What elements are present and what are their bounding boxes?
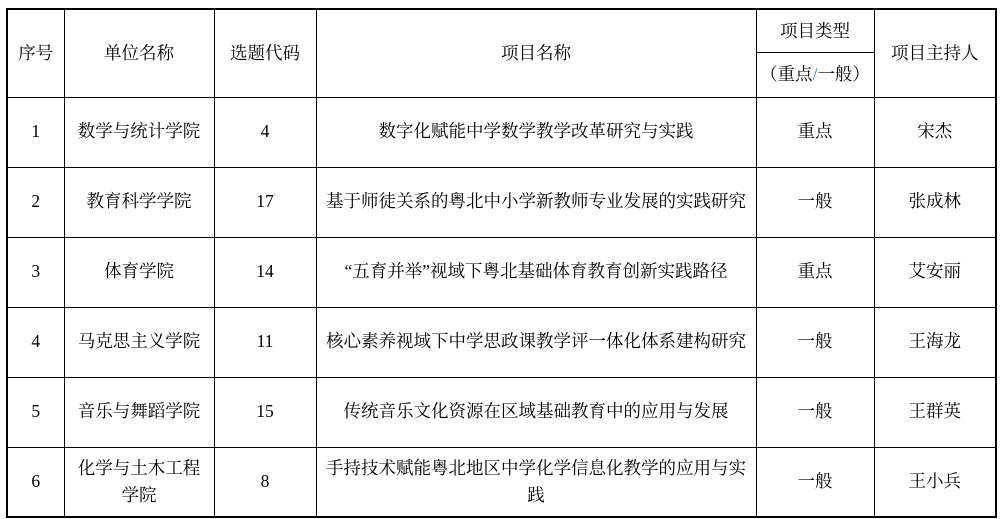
cell-type: 一般 bbox=[756, 377, 874, 447]
projects-table: 序号 单位名称 选题代码 项目名称 项目类型 （重点/一般） 项目主持人 1 数… bbox=[6, 8, 997, 518]
col-header-leader: 项目主持人 bbox=[874, 9, 996, 97]
type-header-split: 项目类型 （重点/一般） bbox=[757, 10, 874, 96]
cell-index: 6 bbox=[7, 447, 64, 517]
col-header-type: 项目类型 （重点/一般） bbox=[756, 9, 874, 97]
cell-type: 一般 bbox=[756, 167, 874, 237]
cell-unit: 教育科学学院 bbox=[64, 167, 214, 237]
cell-unit: 化学与土木工程学院 bbox=[64, 447, 214, 517]
cell-type: 重点 bbox=[756, 237, 874, 307]
cell-index: 1 bbox=[7, 97, 64, 167]
cell-leader: 王群英 bbox=[874, 377, 996, 447]
cell-code: 17 bbox=[214, 167, 316, 237]
cell-index: 2 bbox=[7, 167, 64, 237]
cell-project-name: 传统音乐文化资源在区域基础教育中的应用与发展 bbox=[316, 377, 756, 447]
cell-index: 3 bbox=[7, 237, 64, 307]
cell-index: 4 bbox=[7, 307, 64, 377]
type-header-line2: （重点/一般） bbox=[757, 53, 874, 96]
cell-type: 一般 bbox=[756, 307, 874, 377]
cell-code: 4 bbox=[214, 97, 316, 167]
table-row: 2 教育科学学院 17 基于师徒关系的粤北中小学新教师专业发展的实践研究 一般 … bbox=[7, 167, 996, 237]
type-header-line1: 项目类型 bbox=[757, 10, 874, 53]
cell-index: 5 bbox=[7, 377, 64, 447]
cell-unit: 体育学院 bbox=[64, 237, 214, 307]
cell-project-name: 数字化赋能中学数学教学改革研究与实践 bbox=[316, 97, 756, 167]
cell-code: 8 bbox=[214, 447, 316, 517]
cell-project-name: 核心素养视域下中学思政课教学评一体化体系建构研究 bbox=[316, 307, 756, 377]
table-row: 3 体育学院 14 “五育并举”视域下粤北基础体育教育创新实践路径 重点 艾安丽 bbox=[7, 237, 996, 307]
cell-leader: 王海龙 bbox=[874, 307, 996, 377]
cell-code: 14 bbox=[214, 237, 316, 307]
table-row: 6 化学与土木工程学院 8 手持技术赋能粤北地区中学化学信息化教学的应用与实践 … bbox=[7, 447, 996, 517]
cell-unit: 数学与统计学院 bbox=[64, 97, 214, 167]
col-header-unit: 单位名称 bbox=[64, 9, 214, 97]
cell-type: 重点 bbox=[756, 97, 874, 167]
cell-leader: 艾安丽 bbox=[874, 237, 996, 307]
cell-unit: 音乐与舞蹈学院 bbox=[64, 377, 214, 447]
cell-leader: 宋杰 bbox=[874, 97, 996, 167]
cell-leader: 张成林 bbox=[874, 167, 996, 237]
type-header-line2-post: 一般） bbox=[817, 61, 870, 88]
cell-code: 15 bbox=[214, 377, 316, 447]
cell-unit: 马克思主义学院 bbox=[64, 307, 214, 377]
cell-project-name: 手持技术赋能粤北地区中学化学信息化教学的应用与实践 bbox=[316, 447, 756, 517]
table-header-row: 序号 单位名称 选题代码 项目名称 项目类型 （重点/一般） 项目主持人 bbox=[7, 9, 996, 97]
type-header-line2-pre: （重点 bbox=[760, 61, 813, 88]
col-header-name: 项目名称 bbox=[316, 9, 756, 97]
cell-code: 11 bbox=[214, 307, 316, 377]
cell-leader: 王小兵 bbox=[874, 447, 996, 517]
table-row: 5 音乐与舞蹈学院 15 传统音乐文化资源在区域基础教育中的应用与发展 一般 王… bbox=[7, 377, 996, 447]
col-header-index: 序号 bbox=[7, 9, 64, 97]
col-header-code: 选题代码 bbox=[214, 9, 316, 97]
table-row: 4 马克思主义学院 11 核心素养视域下中学思政课教学评一体化体系建构研究 一般… bbox=[7, 307, 996, 377]
cell-type: 一般 bbox=[756, 447, 874, 517]
cell-project-name: “五育并举”视域下粤北基础体育教育创新实践路径 bbox=[316, 237, 756, 307]
cell-project-name: 基于师徒关系的粤北中小学新教师专业发展的实践研究 bbox=[316, 167, 756, 237]
table-row: 1 数学与统计学院 4 数字化赋能中学数学教学改革研究与实践 重点 宋杰 bbox=[7, 97, 996, 167]
